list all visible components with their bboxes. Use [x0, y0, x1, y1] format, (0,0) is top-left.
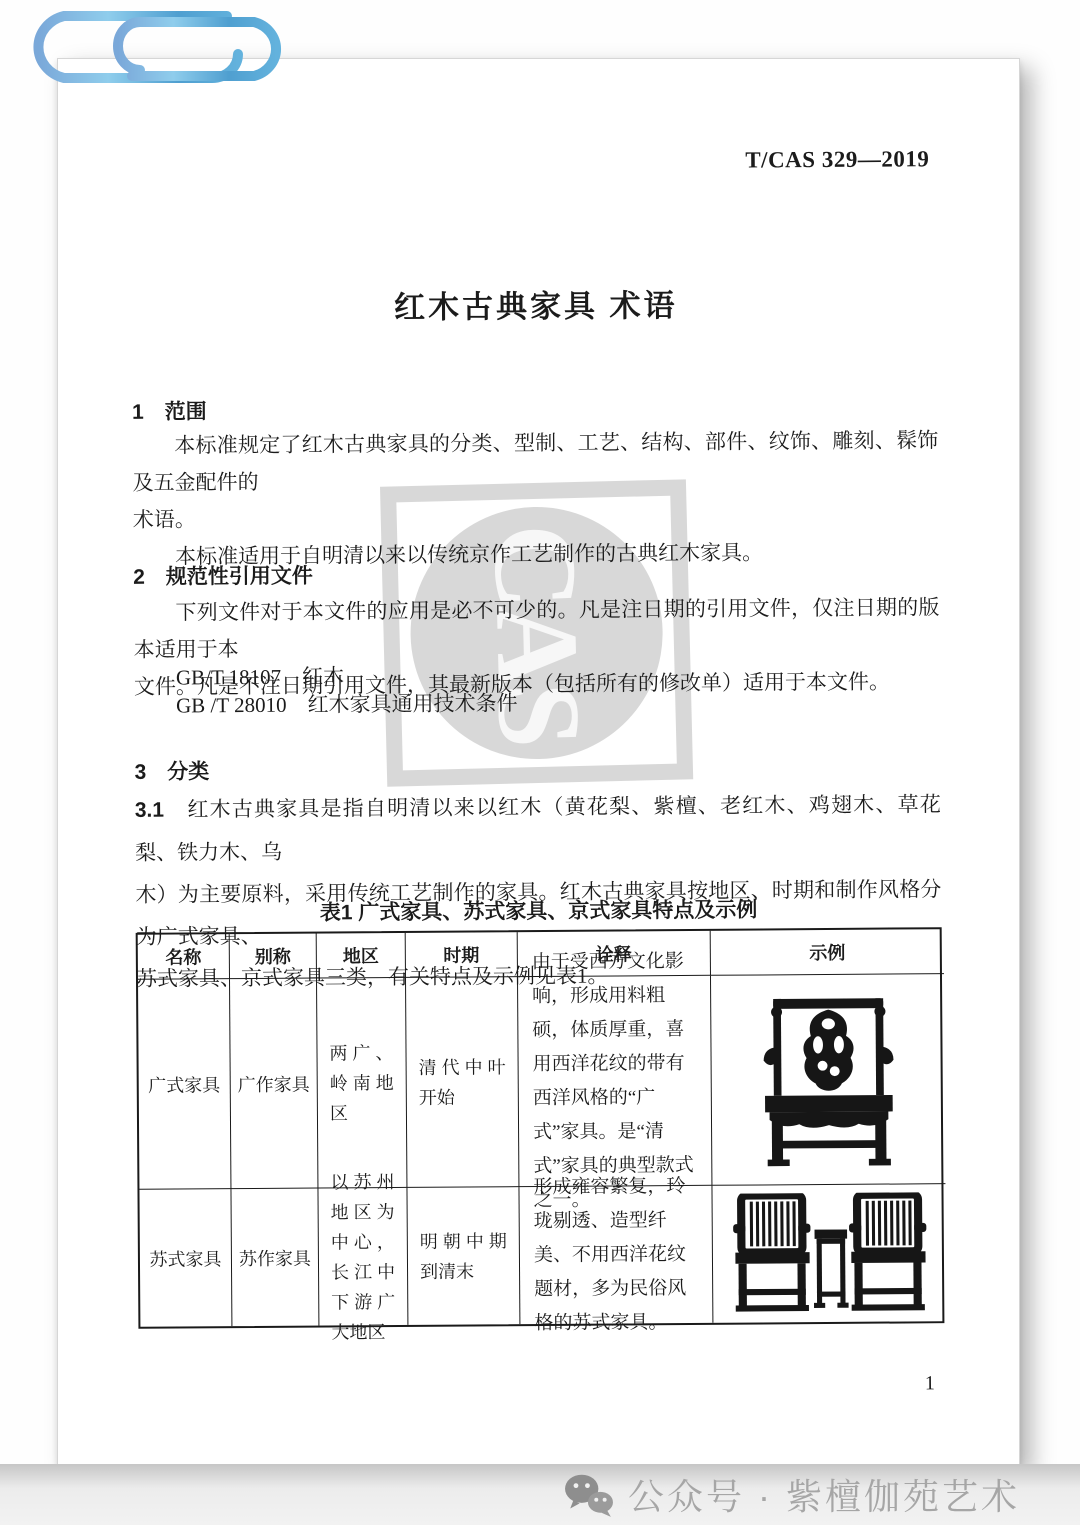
reference-gbt-28010: GB /T 28010 红木家具通用技术条件	[176, 687, 518, 719]
guangshi-armchair-illustration	[762, 989, 895, 1170]
table-row2-interpretation: 形成雍容繁复，玲珑剔透、造型纤美、不用西洋花纹题材，多为民俗风格的苏式家具。	[519, 1186, 713, 1324]
table-row2-region: 以苏州地区为中心，长江中下游广大地区	[318, 1188, 408, 1326]
col-header-region: 地区	[317, 933, 406, 979]
document-content: T/CAS 329—2019 红木古典家具 术语 1 范围 本标准规定了红木古典…	[54, 56, 1025, 1469]
table-row1-name: 广式家具	[138, 979, 231, 1190]
page-number: 1	[925, 1372, 935, 1395]
table-row2-name: 苏式家具	[139, 1189, 232, 1327]
table-row1-interpretation: 由于受西方文化影响，形成用料粗硕，体质厚重，喜用西洋花纹的带有西洋风格的“广式”…	[518, 976, 712, 1187]
reference-gbt-18107: GB/T 18107 红木	[176, 660, 344, 691]
table-caption: 表1 广式家具、苏式家具、京式家具特点及示例	[135, 892, 941, 928]
footer-strip: 公众号 · 紫檀伽苑艺术	[0, 1464, 1080, 1525]
section-2-heading: 2 规范性引用文件	[133, 560, 313, 591]
col-header-alias: 别称	[230, 934, 317, 980]
wechat-icon	[564, 1473, 614, 1517]
table-row1-period: 清代中叶开始	[406, 977, 519, 1188]
table-row2-example	[712, 1184, 946, 1323]
standard-code: T/CAS 329—2019	[745, 146, 929, 173]
document-title: 红木古典家具 术语	[55, 278, 1016, 330]
table-row1-example	[711, 974, 945, 1186]
paperclip-image	[12, 4, 294, 93]
footer-account-label: 公众号 · 紫檀伽苑艺术	[628, 1469, 1020, 1520]
clause-number: 3.1	[135, 799, 164, 822]
table-row1-region: 两广、岭南地区	[317, 978, 407, 1189]
table-row2-alias: 苏作家具	[231, 1189, 319, 1327]
section-1-paragraph-1: 本标准规定了红木古典家具的分类、型制、工艺、结构、部件、纹饰、雕刻、髹饰及五金配…	[132, 422, 939, 539]
paper-sheet: CAS T/CAS 329—2019 红木古典家具 术语 1 范围 本标准规定了…	[57, 58, 1020, 1466]
section-1-heading: 1 范围	[132, 395, 207, 426]
col-header-example: 示例	[711, 929, 944, 976]
sushi-chairs-and-stand-illustration	[729, 1192, 930, 1315]
col-header-period: 时期	[406, 932, 518, 978]
section-3-heading: 3 分类	[134, 755, 209, 786]
scanned-document-page: CAS T/CAS 329—2019 红木古典家具 术语 1 范围 本标准规定了…	[0, 0, 1080, 1525]
table-1: 名称 别称 地区 时期 诠释 示例 广式家具 广作家具 两广、岭南地区 清代中叶…	[136, 927, 945, 1329]
table-row2-period: 明朝中期到清末	[407, 1187, 520, 1325]
col-header-name: 名称	[138, 934, 230, 980]
table-row1-alias: 广作家具	[230, 979, 318, 1190]
